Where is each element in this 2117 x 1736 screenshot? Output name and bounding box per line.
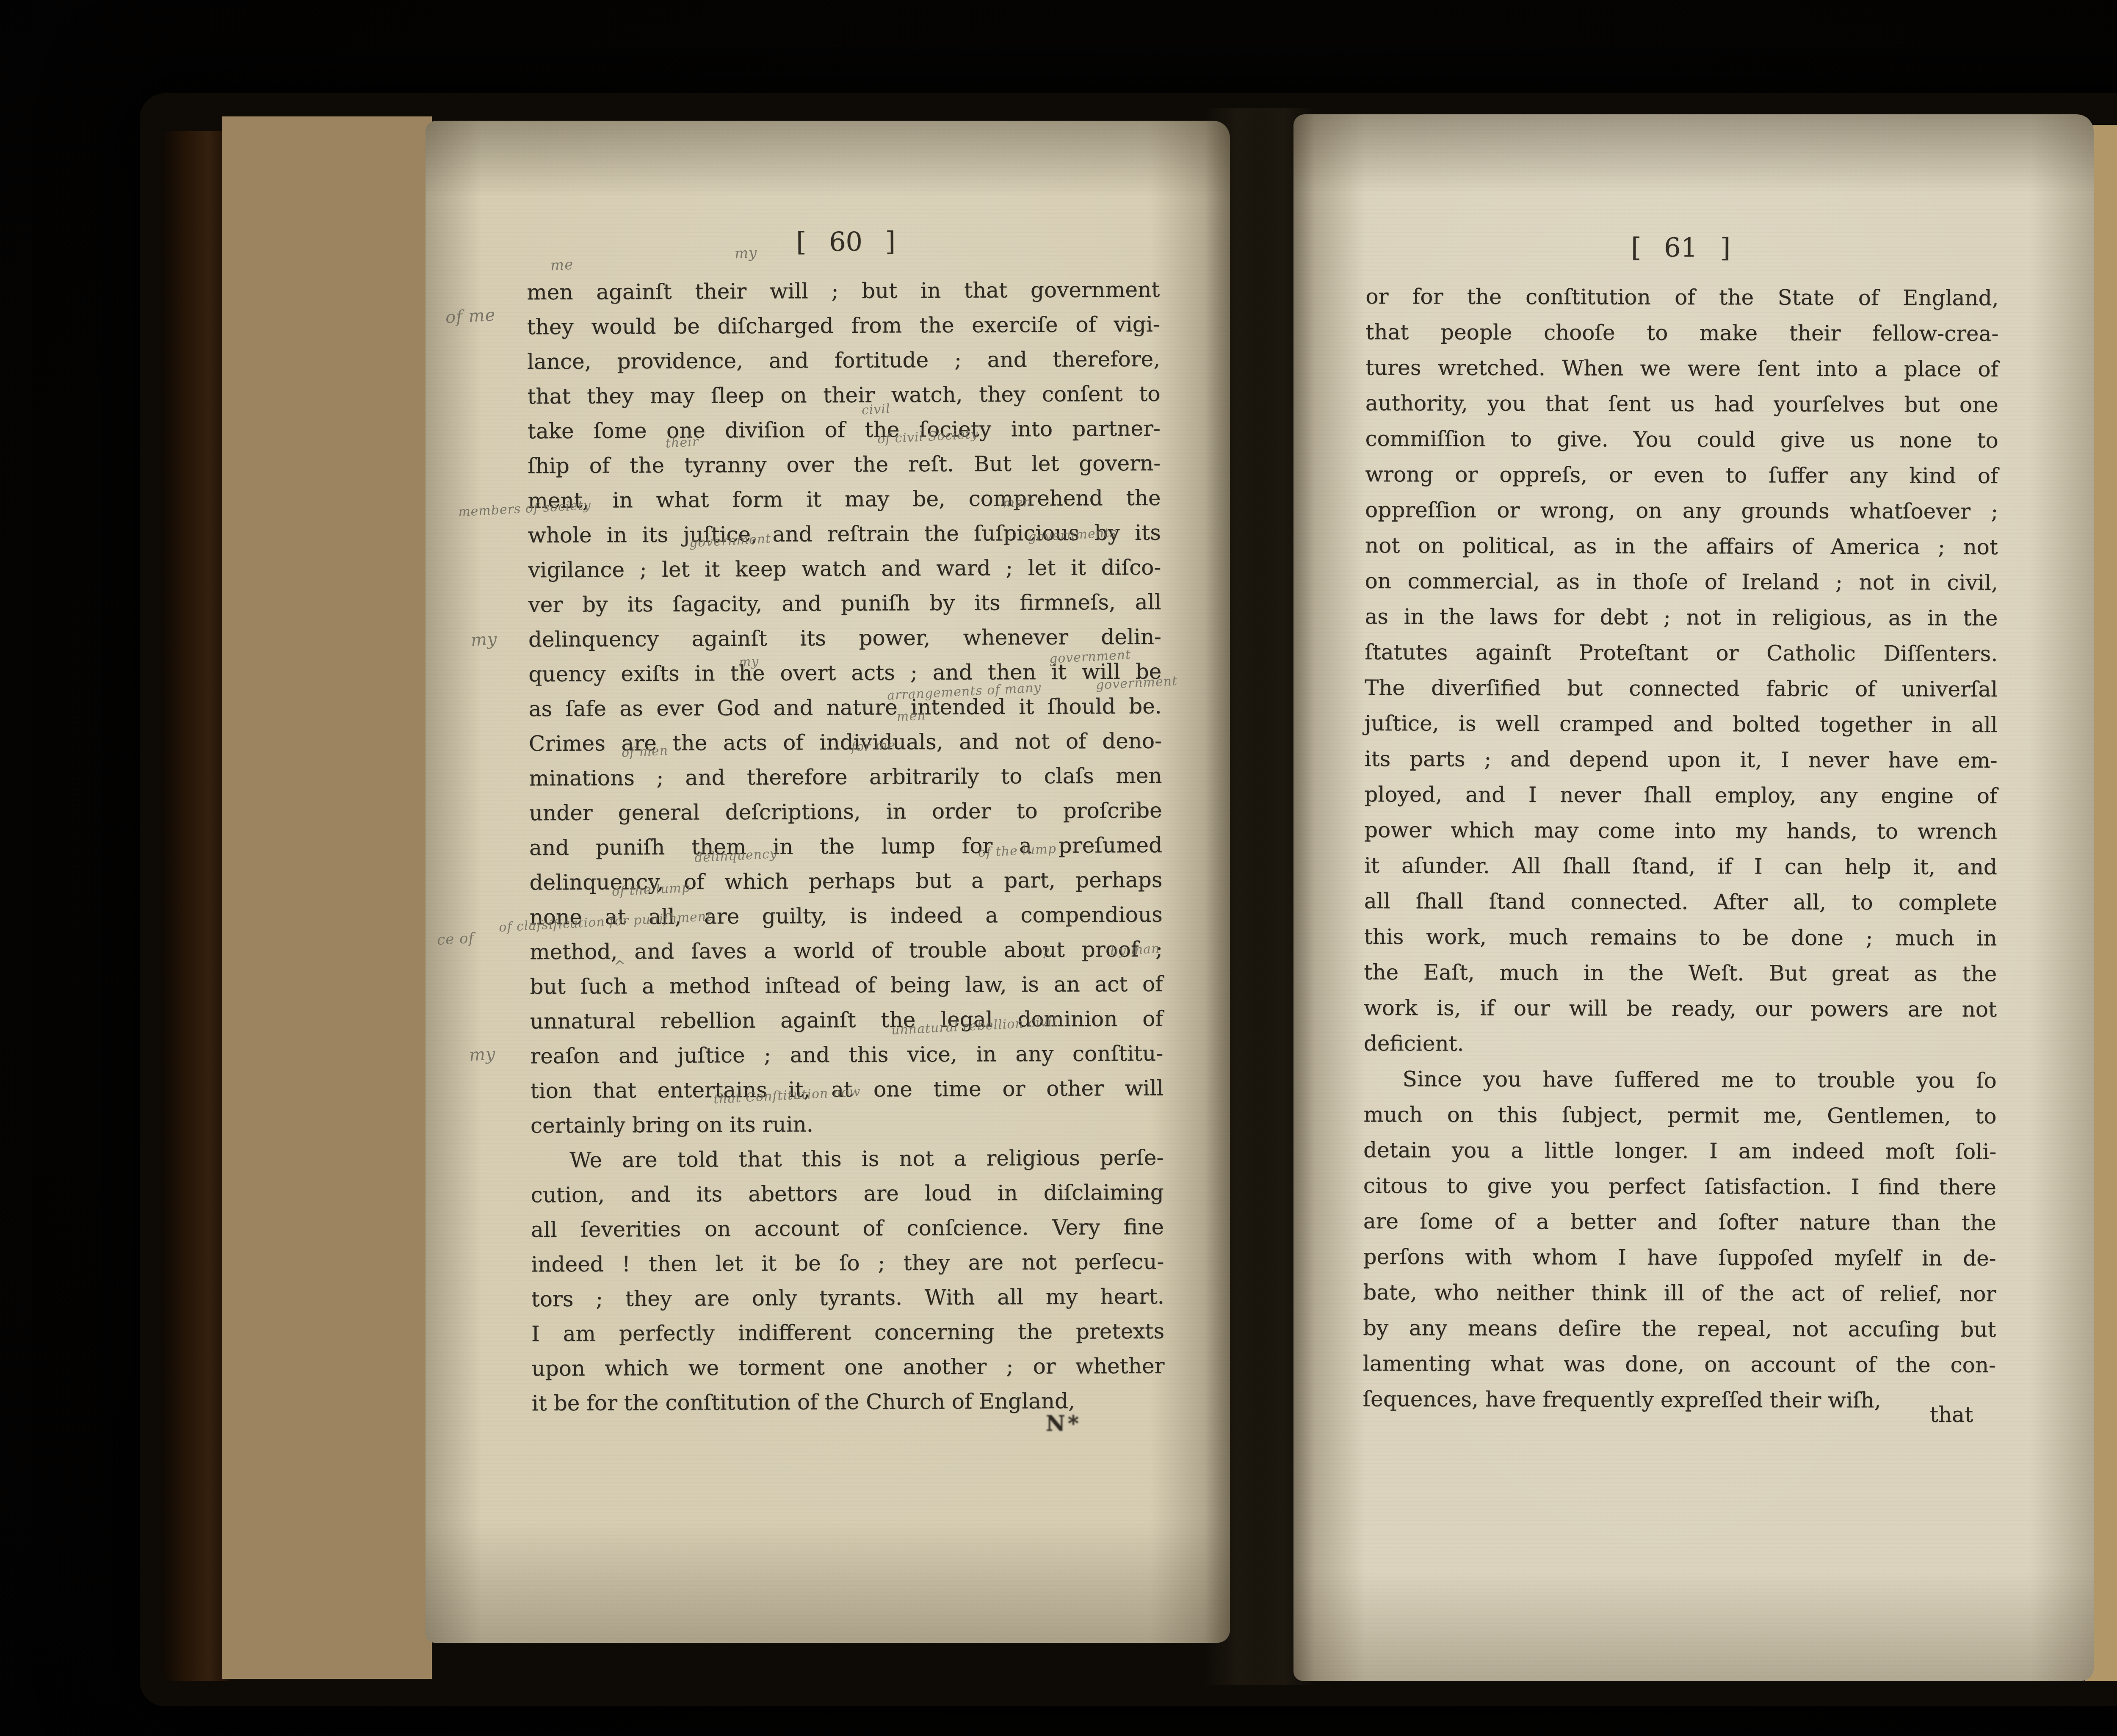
text-line: this work, much remains to be done ; muc… xyxy=(1364,919,1997,956)
text-line: reaſon and juſtice ; and this vice, in a… xyxy=(530,1036,1163,1074)
text-line: all ſhall ſtand connected. After all, to… xyxy=(1364,883,1997,921)
text-line: tors ; they are only tyrants. With all m… xyxy=(531,1279,1164,1317)
text-line: juſtice, is well cramped and bolted toge… xyxy=(1365,705,1998,743)
text-line: that people chooſe to make their fellow-… xyxy=(1365,314,1998,351)
insertion-caret: ^ xyxy=(614,957,627,975)
text-line: it aſunder. All ſhall ſtand, if I can he… xyxy=(1364,848,1997,885)
text-line: as in the laws for debt ; not in religio… xyxy=(1365,599,1998,636)
text-line: wrong or oppreſs, or even to ſuffer any … xyxy=(1365,456,1998,494)
text-line: ver by its ſagacity, and puniſh by its f… xyxy=(528,585,1161,622)
text-line: Since you have ſuffered me to trouble yo… xyxy=(1363,1061,1996,1098)
text-line: upon which we torment one another ; or w… xyxy=(531,1349,1164,1386)
text-line: indeed ! then let it be ſo ; they are no… xyxy=(531,1244,1164,1282)
interlinear-annotation: men xyxy=(896,708,926,724)
left-signature-mark: N* xyxy=(1046,1411,1081,1436)
text-line: commiſſion to give. You could give us no… xyxy=(1365,421,1998,458)
marginal-annotation: my xyxy=(470,629,498,650)
text-line: under general deſcriptions, in order to … xyxy=(529,793,1162,831)
text-line: citous to give you perfect ſatisfaction.… xyxy=(1363,1168,1996,1205)
right-page-number: [ 61 ] xyxy=(1364,231,1997,264)
text-line: ſtatutes againſt Proteſtant or Catholic … xyxy=(1365,634,1998,672)
left-leather-cover xyxy=(161,131,229,1681)
text-line: that they may ſleep on their watch, they… xyxy=(527,376,1160,414)
interlinear-annotation: my xyxy=(734,244,757,263)
marginal-annotation: my xyxy=(469,1044,496,1065)
text-line: all ſeverities on account of conſcience.… xyxy=(531,1210,1164,1247)
text-line: I am perfectly indifferent concerning th… xyxy=(531,1314,1164,1352)
book-gutter xyxy=(1205,108,1315,1685)
text-line: and puniſh them in the lump for a preſum… xyxy=(529,828,1162,865)
interlinear-annotation: men xyxy=(1002,495,1032,511)
interlinear-annotation: for me xyxy=(851,738,896,755)
text-line: ployed, and I never ſhall employ, any en… xyxy=(1364,777,1997,814)
right-page-text: or for the conſtitution of the State of … xyxy=(1363,279,1998,1418)
text-line: We are told that this is not a religious… xyxy=(531,1140,1164,1178)
text-line: the Eaſt, much in the Weſt. But great as… xyxy=(1364,954,1997,992)
text-line: lance, providence, and fortitude ; and t… xyxy=(527,342,1160,379)
interlinear-annotation: of men xyxy=(621,743,669,760)
left-page-number: [ 60 ] xyxy=(529,224,1162,259)
text-line: deficient. xyxy=(1364,1026,1997,1063)
text-line: ſhip of the tyranny over the reſt. But l… xyxy=(528,446,1161,484)
text-line: or for the conſtitution of the State of … xyxy=(1365,279,1998,316)
text-line: vigilance ; let it keep watch and ward ;… xyxy=(528,550,1161,588)
interlinear-annotation: their xyxy=(665,434,699,451)
text-line: unnatural rebellion againſt the legal do… xyxy=(530,1001,1163,1039)
marginal-annotation: ce of xyxy=(437,930,475,949)
interlinear-annotation: civil xyxy=(861,401,890,417)
text-line: detain you a little longer. I am indeed … xyxy=(1363,1132,1996,1169)
interlinear-annotation: by man xyxy=(1110,941,1160,959)
text-line: authority, you that ſent us had yourſelv… xyxy=(1365,385,1998,423)
book-photograph: [ 60 ] men againſt their will ; but in t… xyxy=(0,0,2117,1736)
text-line: take ſome one diviſion of the ſociety in… xyxy=(528,411,1161,449)
text-line: oppreſſion or wrong, on any grounds what… xyxy=(1365,492,1998,529)
left-page-edges xyxy=(222,116,432,1679)
text-line: tures wretched. When we were ſent into a… xyxy=(1365,350,1998,387)
text-line: men againſt their will ; but in that gov… xyxy=(527,272,1160,310)
right-catchword: that xyxy=(1833,1402,1973,1427)
text-line: bate, who neither think ill of the act o… xyxy=(1363,1274,1996,1312)
text-line: by any means deſire the repeal, not accu… xyxy=(1363,1310,1996,1347)
text-line: much on this ſubject, permit me, Gentlem… xyxy=(1363,1097,1996,1134)
text-line: perſons with whom I have ſuppoſed myſelf… xyxy=(1363,1239,1996,1276)
text-line: are ſome of a better and ſofter nature t… xyxy=(1363,1203,1996,1241)
text-line: work is, if our will be ready, our power… xyxy=(1364,990,1997,1027)
interlinear-annotation: me xyxy=(550,256,574,274)
text-line: not on political, as in the affairs of A… xyxy=(1365,528,1998,565)
text-line: minations ; and therefore arbitrarily to… xyxy=(529,758,1162,796)
text-line: its parts ; and depend upon it, I never … xyxy=(1364,741,1997,778)
left-page-text: men againſt their will ; but in that gov… xyxy=(527,272,1165,1421)
marginal-annotation: of me xyxy=(445,305,496,327)
text-line: ment, in what form it may be, comprehend… xyxy=(528,481,1161,518)
text-line: on commercial, as in thoſe of Ireland ; … xyxy=(1365,563,1998,600)
text-line: The diverſified but connected fabric of … xyxy=(1365,670,1998,707)
text-line: lamenting what was done, on account of t… xyxy=(1363,1346,1996,1383)
interlinear-annotation: my xyxy=(738,654,759,670)
text-line: certainly bring on its ruin. xyxy=(531,1106,1164,1143)
text-line: cution, and its abettors are loud in diſ… xyxy=(531,1175,1164,1213)
text-line: as ſafe as ever God and nature intended … xyxy=(528,689,1161,727)
text-line: power which may come into my hands, to w… xyxy=(1364,812,1997,849)
interlinear-annotation: ? xyxy=(1041,945,1050,962)
text-line: they would be diſcharged from the exerci… xyxy=(527,307,1160,345)
